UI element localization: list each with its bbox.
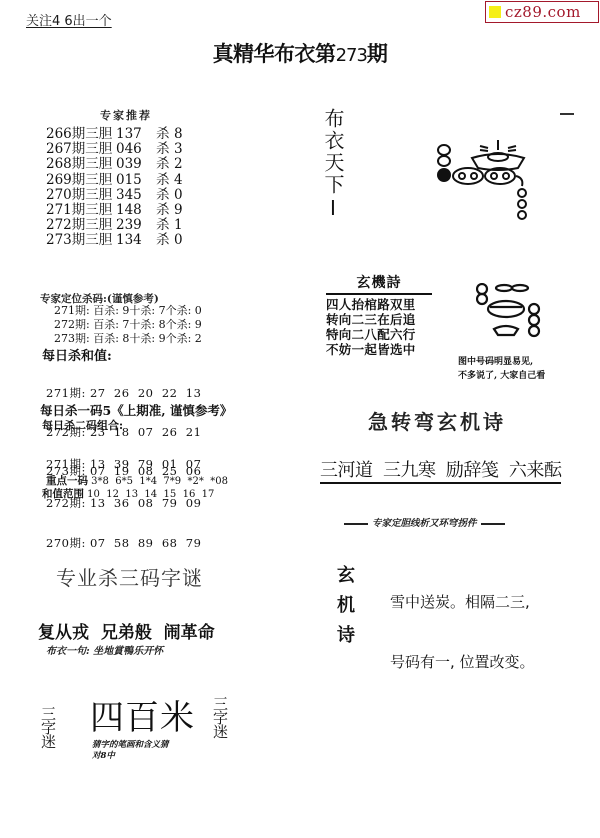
row-kill: 4: [174, 173, 183, 188]
row-nums: 015: [116, 173, 156, 188]
title-issue: 273: [336, 45, 367, 66]
poem-line: 四人抬棺路双里: [326, 297, 432, 312]
row-kill: 8: [174, 127, 183, 142]
table-row: 270期: 07 58 89 68 79: [46, 537, 201, 550]
caption-line: 图中号码明显易见,: [458, 355, 545, 369]
sanhe-riddle-line: 三河道 三九寒 励辞笺 六来酝: [320, 456, 561, 484]
table-row: 266期三胆137杀8: [46, 127, 183, 142]
row-issue: 268期三胆: [46, 157, 116, 172]
expert-line: 专家定胆线析又环穹拐件: [340, 515, 509, 529]
row-issue: 269期三胆: [46, 173, 116, 188]
position-kill-table: 271期: 百杀: 9十杀: 7个杀: 0 272期: 百杀: 7十杀: 8个杀…: [54, 304, 202, 345]
row-kill: 3: [174, 142, 183, 157]
table-row: 271期: 百杀: 9十杀: 7个杀: 0: [54, 304, 202, 318]
row-nums: 039: [116, 157, 156, 172]
poem-line: 特向二八配六行: [326, 327, 432, 342]
sanzi-riddle-label-left: 三字迷: [40, 706, 56, 748]
table-row: 273期三胆134杀0: [46, 233, 183, 248]
corner-mark: [560, 113, 574, 115]
table-row: 269期三胆015杀4: [46, 173, 183, 188]
poem-line: 转向二三在后追: [326, 312, 432, 327]
riddle-hint: 猜字的笔画和含义猜对8中: [92, 740, 172, 762]
table-row: 267期三胆046杀3: [46, 142, 183, 157]
title-suffix: 期: [367, 42, 388, 66]
watermark-square-icon: [489, 6, 501, 18]
xuanjishi-vertical-label: 玄机诗: [334, 565, 354, 655]
row-kill-label: 杀: [156, 127, 174, 142]
xuanji-poem-box: 玄機詩 四人抬棺路双里 转向二三在后追 特向二八配六行 不妨一起皆选中: [326, 272, 432, 357]
poem-line: 号码有一, 位置改变。: [390, 652, 535, 672]
row-kill: 9: [174, 203, 183, 218]
table-row: 271期: 27 26 20 22 13: [46, 387, 201, 400]
buyi-vertical-title: 布衣天下I: [322, 108, 344, 222]
row-kill-label: 杀: [156, 203, 174, 218]
caption-line: 不多说了, 大家自己看: [458, 369, 545, 383]
xuanji-lines: 四人抬棺路双里 转向二三在后追 特向二八配六行 不妨一起皆选中: [326, 297, 432, 357]
table-row: 273期: 百杀: 8十杀: 9个杀: 2: [54, 332, 202, 346]
row-kill-label: 杀: [156, 142, 174, 157]
table-row: 271期: 13 39 79 01 07: [46, 458, 201, 471]
dash-divider: [344, 523, 368, 525]
row-kill-label: 杀: [156, 218, 174, 233]
row-kill-label: 杀: [156, 188, 174, 203]
coin-picture-icon: [432, 138, 542, 228]
title-prefix: 真精华布衣第: [213, 42, 336, 66]
row-nums: 345: [116, 188, 156, 203]
poem-line: 不妨一起皆选中: [326, 342, 432, 357]
page-title: 真精华布衣第273期: [0, 38, 600, 68]
range-label: 和值范围: [42, 488, 84, 500]
top-note: 关注4 6出一个: [26, 10, 112, 29]
row-kill: 0: [174, 233, 183, 248]
row-kill-label: 杀: [156, 233, 174, 248]
row-nums: 134: [116, 233, 156, 248]
row-issue: 266期三胆: [46, 127, 116, 142]
dash-divider: [481, 523, 505, 525]
row-nums: 137: [116, 127, 156, 142]
table-row: 271期三胆148杀9: [46, 203, 183, 218]
expert-line-text: 专家定胆线析又环穹拐件: [372, 518, 477, 529]
buyi-line: 布衣一句: 坐地賞鴨乐开怀: [46, 642, 163, 657]
snow-poem: 雪中送炭。相隔二三, 号码有一, 位置改变。: [390, 552, 535, 692]
row-kill: 0: [174, 188, 183, 203]
row-kill: 2: [174, 157, 183, 172]
row-issue: 270期三胆: [46, 188, 116, 203]
sum-range-row: 和值范围 10 12 13 14 15 16 17: [42, 486, 214, 501]
row-issue: 267期三胆: [46, 142, 116, 157]
dan-section-heading: 专家推荐: [100, 107, 152, 123]
three-dan-table: 266期三胆137杀8 267期三胆046杀3 268期三胆039杀2 269期…: [46, 127, 183, 249]
jizhuan-title: 急转弯玄机诗: [0, 406, 600, 435]
table-row: 272期三胆239杀1: [46, 218, 183, 233]
row-kill-label: 杀: [156, 173, 174, 188]
picture-caption: 图中号码明显易见, 不多说了, 大家自己看: [458, 355, 545, 383]
row-nums: 148: [116, 203, 156, 218]
row-nums: 046: [116, 142, 156, 157]
row-issue: 273期三胆: [46, 233, 116, 248]
riddle-words: 复从戎 兄弟般 闹革命: [38, 618, 215, 643]
xuanji-title: 玄機詩: [326, 272, 432, 295]
watermark-text: cz89.com: [505, 3, 581, 21]
table-row: 268期三胆039杀2: [46, 157, 183, 172]
table-row: 270期三胆345杀0: [46, 188, 183, 203]
row-issue: 272期三胆: [46, 218, 116, 233]
range-values: 10 12 13 14 15 16 17: [84, 489, 214, 500]
poem-line: 雪中送炭。相隔二三,: [390, 592, 535, 612]
number-picture-icon: [476, 283, 556, 343]
row-issue: 271期三胆: [46, 203, 116, 218]
row-kill: 1: [174, 218, 183, 233]
row-kill-label: 杀: [156, 157, 174, 172]
row-nums: 239: [116, 218, 156, 233]
table-row: 272期: 百杀: 7十杀: 8个杀: 9: [54, 318, 202, 332]
riddle-title: 专业杀三码字谜: [56, 562, 203, 591]
site-watermark: cz89.com: [485, 1, 599, 23]
big-riddle: 四百米: [90, 690, 195, 739]
sanzi-riddle-label-right: 三字迷: [212, 696, 228, 738]
